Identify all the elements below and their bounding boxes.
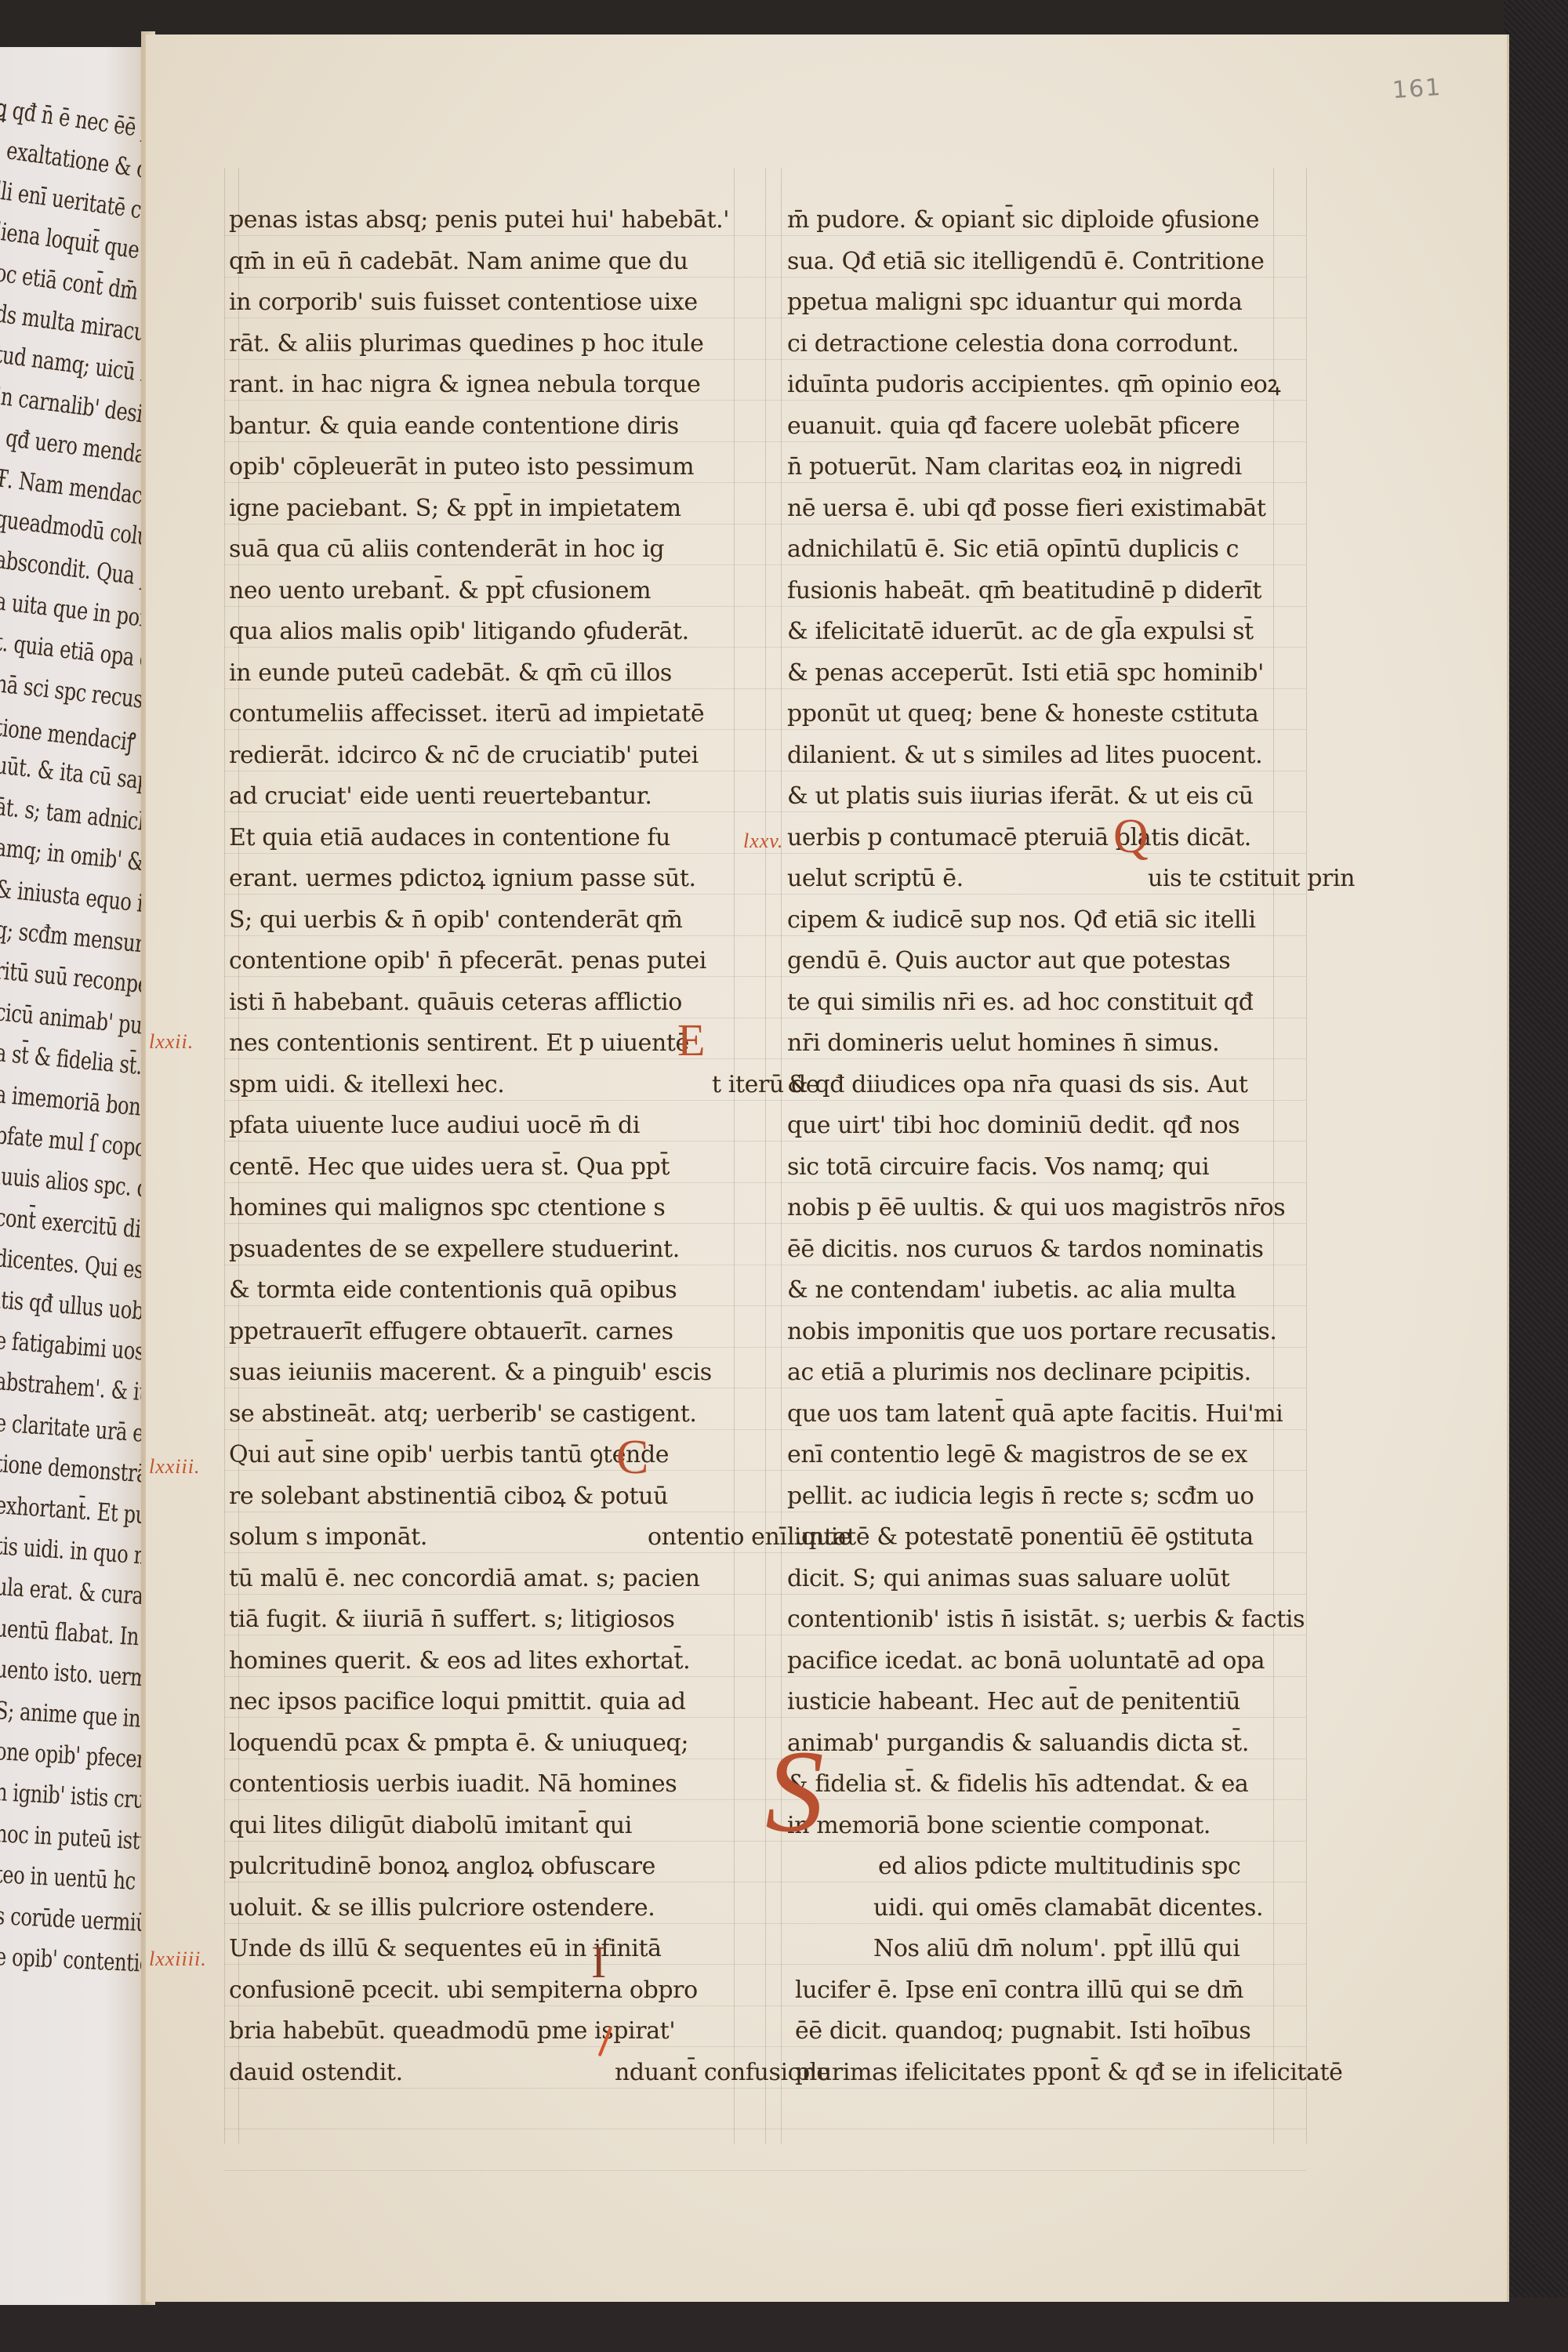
manuscript-line: dauid ostendit.: [229, 2061, 403, 2085]
facing-page-line: exhortant̄. Et pu: [0, 1491, 148, 1530]
manuscript-line: nes contentionis sentirent. Et p uiuentē: [229, 1032, 689, 1055]
manuscript-line: homines querit. & eos ad lites exhortat̄…: [229, 1650, 690, 1673]
ruling-line: [224, 688, 1306, 689]
ruling-line: [224, 2005, 1306, 2006]
manuscript-line: rāt. & aliis plurimas ꝗuedines p hoc itu…: [229, 332, 703, 356]
manuscript-line: que uirt' tibi hoc dominiū dedit. qđ nos: [787, 1114, 1240, 1138]
ruling-line: [224, 1100, 1306, 1101]
manuscript-line: tū malū ē. nec concordiā amat. s; pacien: [229, 1567, 700, 1591]
ruling-line: [224, 976, 1306, 977]
manuscript-line: centē. Hec que uides uera st̄. Qua ppt̄: [229, 1156, 670, 1179]
manuscript-line: & qđ diiudices opa nr̄a quasi ds sis. Au…: [787, 1073, 1248, 1097]
manuscript-line: ēē dicitis. nos curuos & tardos nominati…: [787, 1238, 1263, 1261]
manuscript-line: Nos aliū dm̄ nolum'. ppt̄ illū qui: [873, 1937, 1240, 1961]
manuscript-line: & ifelicitatē iduerūt. ac de gl̄a expuls…: [787, 620, 1254, 644]
manuscript-line: psuadentes de se expellere studuerint.: [229, 1238, 680, 1261]
manuscript-line: enī contentio legē & magistros de se ex: [787, 1443, 1247, 1467]
manuscript-line: te qui similis nr̄i es. ad hoc constitui…: [787, 991, 1254, 1014]
manuscript-line: in eunde puteū cadebāt. & qm̄ cū illos: [229, 662, 672, 685]
ruling-line: [224, 359, 1306, 360]
manuscript-line: sua. Qđ etiā sic itelligendū ē. Contriti…: [787, 250, 1264, 274]
facing-page-line: pfate mul ſ copona: [0, 1121, 151, 1164]
manuscript-line: lucifer ē. Ipse enī contra illū qui se d…: [795, 1979, 1243, 2002]
facing-page-line: e claritate urā erit.: [0, 1409, 151, 1450]
binding-backdrop: [1504, 0, 1568, 2352]
manuscript-line: nē uersa ē. ubi qđ posse fieri existimab…: [787, 497, 1266, 521]
manuscript-line: redierāt. idcirco & nc̄ de cruciatib' pu…: [229, 744, 699, 768]
manuscript-line: opib' cōpleuerāt in puteo isto pessimum: [229, 456, 694, 479]
facing-page-line: cicū animab' purgan: [0, 998, 151, 1044]
manuscript-line: ad cruciat' eide uenti reuertebantur.: [229, 785, 652, 808]
manuscript-line: bantur. & quia eande contentione diris: [229, 415, 679, 438]
table-backdrop: [0, 2297, 1568, 2352]
facing-page-verso: ꝗ qđ n̄ ē nec ēē potestı exaltatione & c…: [0, 47, 151, 2305]
facing-page-line: amq; in omib' & sup om: [0, 833, 151, 884]
ruling-line: [224, 482, 1306, 483]
manuscript-line: pponūt ut queq; bene & honeste cstituta: [787, 702, 1258, 726]
manuscript-line: nr̄i domineris uelut homines n̄ simus.: [787, 1032, 1219, 1055]
manuscript-line: m̄ pudore. & opiant̄ sic diploide ꝯfusio…: [787, 209, 1259, 232]
facing-page-line: ritū suū reconpensa: [0, 956, 151, 1003]
facing-page-line: & iniusta equo iudicio: [0, 875, 151, 924]
manuscript-line: pfata uiuente luce audiui uocē m̄ di: [229, 1114, 640, 1138]
manuscript-line: sic totā circuire facis. Vos namq; qui: [787, 1156, 1209, 1179]
manuscript-line: isti n̄ habebant. quāuis ceteras afflict…: [229, 991, 682, 1014]
ruling-line: [224, 1470, 1306, 1471]
facing-page-line: uūt. & ita cū sapientib: [0, 751, 151, 801]
facing-page-line: abstrahem'. & ita cla: [0, 1367, 151, 1410]
ruling-line: [224, 1512, 1306, 1512]
ruling-line: [224, 1964, 1306, 1965]
chapter-number-lxxv: lxxv.: [743, 829, 783, 853]
manuscript-line: homines qui malignos spc ctentione s: [229, 1196, 665, 1220]
rubricated-initial-i: I: [591, 1940, 606, 1985]
rubricated-initial-c: C: [616, 1433, 648, 1482]
rubricated-initial-q: Q: [1113, 812, 1149, 861]
ruling-line: [224, 1594, 1306, 1595]
ruling-line: [224, 1388, 1306, 1388]
facing-page-line: s corūde uermiū fuit: [0, 1902, 151, 1939]
manuscript-line: nobis imponitis que uos portare recusati…: [787, 1320, 1277, 1344]
facing-page-line: e opib' contentioni illo: [0, 1943, 151, 1980]
manuscript-line: plurimas ifelicitates ppont̄ & qđ se in …: [795, 2061, 1343, 2085]
ruling-line: [734, 168, 735, 2143]
facing-page-line: one opib' pfecerāt: [0, 1737, 151, 1775]
folio-number: 161: [1392, 74, 1443, 104]
facing-page-line: uentū flabat. In n: [0, 1614, 151, 1653]
ruling-line: [224, 1923, 1306, 1924]
manuscript-line: qm̄ in eū n̄ cadebāt. Nam anime que du: [229, 250, 688, 274]
ruling-line: [1306, 168, 1307, 2143]
manuscript-line: euanuit. quia qđ facere uolebāt pficere: [787, 415, 1240, 438]
ruling-line: [224, 524, 1306, 524]
manuscript-line: re solebant abstinentiā ciboꝝ & potuū: [229, 1485, 668, 1508]
manuscript-line: dilanient. & ut s similes ad lites puoce…: [787, 744, 1262, 768]
manuscript-line: nobis p ēē uultis. & qui uos magistrōs n…: [787, 1196, 1285, 1220]
ruling-line: [224, 1018, 1306, 1018]
ruling-line: [224, 168, 225, 2143]
manuscript-line: se abstineāt. atq; uerberib' se castigen…: [229, 1403, 697, 1426]
manuscript-line: spm uidi. & itellexi hec.: [229, 1073, 504, 1097]
manuscript-line: & ut platis suis iiurias iferāt. & ut ei…: [787, 785, 1254, 808]
ruling-line: [224, 647, 1306, 648]
manuscript-line: que uos tam latent̄ quā apte facitis. Hu…: [787, 1403, 1283, 1426]
manuscript-line: gendū ē. Quis auctor aut que potestas: [787, 949, 1230, 973]
manuscript-line: solum s imponāt.: [229, 1526, 427, 1549]
ruling-line: [224, 1882, 1306, 1882]
ruling-line: [224, 729, 1306, 730]
facing-page-line: tione demonstrāt.: [0, 1450, 151, 1490]
manuscript-line: uoluit. & se illis pulcriore ostendere.: [229, 1896, 655, 1920]
ruling-line: [224, 894, 1306, 895]
manuscript-line: penas istas absq; penis putei hui' habeb…: [229, 209, 729, 232]
ruling-line: [224, 1552, 1306, 1553]
manuscript-line: contumeliis affecisset. iterū ad impieta…: [229, 702, 704, 726]
chapter-number-lxxiii: lxxiii.: [149, 1455, 200, 1479]
ruling-line: [224, 277, 1306, 278]
manuscript-line: pacifice icedat. ac bonā uoluntatē ad op…: [787, 1650, 1265, 1673]
manuscript-line: ppetua maligni spc iduantur qui morda: [787, 291, 1242, 314]
ruling-line: [224, 935, 1306, 936]
manuscript-line: ci detractione celestia dona corrodunt.: [787, 332, 1239, 356]
manuscript-line: uerbis p contumacē pteruiā platis dicāt.: [787, 826, 1251, 850]
facing-page-line: a imemoriā bone scie: [0, 1080, 151, 1127]
facing-page-line: luuis alios spc. qui ma: [0, 1162, 151, 1207]
facing-page-line: q; scđm mensurā & qua: [0, 916, 151, 966]
facing-page-line: uento isto. uermes h: [0, 1655, 151, 1695]
manuscript-line: iusticie habeant. Hec aut̄ de penitentiū: [787, 1690, 1240, 1714]
manuscript-line: & tormta eide contentionis quā opibus: [229, 1279, 677, 1302]
manuscript-line: loquendū pcax & pmpta ē. & uniuqueq;: [229, 1732, 688, 1755]
manuscript-line: luntatē & potestatē ponentiū ēē ꝯstituta: [787, 1526, 1254, 1549]
ruling-line: [224, 1717, 1306, 1718]
ruling-line: [224, 564, 1306, 565]
ruling-line: [224, 2170, 1306, 2171]
facing-page-line: dicentes. Qui estis: [0, 1244, 151, 1287]
facing-page-line: t. quia etiā opa diabo: [0, 628, 151, 678]
facing-page-line: āt. s; tam adnichilu: [0, 793, 151, 839]
manuscript-line: contentionib' istis n̄ isistāt. s; uerbi…: [787, 1608, 1305, 1632]
facing-page-line: tis uidi. in quo ng: [0, 1532, 151, 1571]
facing-page-line: e fatigabimi uos. &: [0, 1327, 151, 1368]
manuscript-line: rant. in hac nigra & ignea nebula torque: [229, 373, 700, 397]
facing-page-line: S; anime que in co: [0, 1697, 151, 1735]
ruling-line: [224, 318, 1306, 318]
manuscript-line: confusionē pcecit. ubi sempiterna obpro: [229, 1979, 698, 2002]
facing-page-line: queadmodū coluber: [0, 505, 151, 555]
manuscript-line: in corporib' suis fuisset contentiose ui…: [229, 291, 698, 314]
facing-page-line: cont̄ exercitū di uo: [0, 1203, 151, 1246]
manuscript-line: & penas acceperūt. Isti etiā spc hominib…: [787, 662, 1264, 685]
manuscript-line: ed alios pdicte multitudinis spc: [878, 1855, 1240, 1878]
ruling-line: [1273, 168, 1274, 2143]
chapter-number-lxxiiii: lxxiiii.: [149, 1947, 207, 1971]
ruling-line: [224, 771, 1306, 771]
facing-page-line: teo in uentū hc ascend: [0, 1860, 151, 1899]
ruling-line: [224, 2129, 1306, 2129]
ruling-line: [224, 235, 1306, 236]
ruling-line: [224, 1265, 1306, 1265]
manuscript-line: uelut scriptū ē.: [787, 867, 964, 891]
manuscript-line: erant. uermes pdictoꝝ ignium passe sūt.: [229, 867, 696, 891]
manuscript-line: qua alios malis opib' litigando ꝯfuderāt…: [229, 620, 689, 644]
ruling-line: [224, 1347, 1306, 1348]
manuscript-line: Et quia etiā audaces in contentione fu: [229, 826, 670, 850]
ruling-line: [224, 1058, 1306, 1059]
line-after-initial: uis te cstituit prin: [1148, 867, 1355, 891]
manuscript-line: iduīnta pudoris accipientes. qm̄ opinio …: [787, 373, 1280, 397]
manuscript-line: S; qui uerbis & n̄ opib' contenderāt qm̄: [229, 909, 683, 932]
manuscript-line: suā qua cū aliis contenderāt in hoc ig: [229, 538, 664, 561]
ruling-line: [224, 2088, 1306, 2089]
manuscript-line: ppetrauerīt effugere obtauerīt. carnes: [229, 1320, 673, 1344]
manuscript-line: n̄ potuerūt. Nam claritas eoꝝ in nigredi: [787, 456, 1242, 479]
manuscript-line: adnichilatū ē. Sic etiā opīntū duplicis …: [787, 538, 1239, 561]
manuscript-line: pellit. ac iudicia legis n̄ recte s; scđ…: [787, 1485, 1254, 1508]
manuscript-line: neo uento urebant̄. & ppt̄ cfusionem: [229, 579, 651, 603]
manuscript-line: qui lites diligūt diabolū imitant̄ qui: [229, 1814, 632, 1838]
ruling-line: [224, 1182, 1306, 1183]
facing-page-line: ula erat. & cura q: [0, 1573, 151, 1611]
manuscript-line: uidi. qui omēs clamabāt dicentes.: [873, 1896, 1263, 1920]
chapter-number-lxxii: lxxii.: [149, 1030, 194, 1054]
manuscript-line: animab' purgandis & saluandis dicta st̄.: [787, 1732, 1249, 1755]
ruling-line: [224, 1305, 1306, 1306]
manuscript-line: in memoriā bone scientie componat.: [787, 1814, 1210, 1838]
ruling-line: [224, 1635, 1306, 1635]
facing-page-line: a st̄ & fidelia st̄. & fidi: [0, 1039, 151, 1086]
manuscript-line: tiā fugit. & iiuriā n̄ suffert. s; litig…: [229, 1608, 675, 1632]
manuscript-line: & ne contendam' iubetis. ac alia multa: [787, 1279, 1236, 1302]
manuscript-line: ac etiā a plurimis nos declinare pcipiti…: [787, 1361, 1251, 1385]
manuscript-folio-recto: 161 penas istas absq; penis putei hui' h…: [146, 34, 1509, 2302]
manuscript-line: cipem & iudicē sup nos. Qđ etiā sic itel…: [787, 909, 1256, 932]
ruling-line: [224, 441, 1306, 442]
manuscript-line: dicit. S; qui animas suas saluare uolūt: [787, 1567, 1229, 1591]
manuscript-line: nec ipsos pacifice loqui pmittit. quia a…: [229, 1690, 686, 1714]
ruling-line: [224, 1141, 1306, 1142]
facing-page-line: ltis qđ ullus uobis: [0, 1286, 151, 1327]
rubricated-initial-e: E: [677, 1018, 705, 1063]
manuscript-line: Qui aut̄ sine opib' uerbis tantū ꝯtende: [229, 1443, 669, 1467]
ruling-line: [224, 400, 1306, 401]
manuscript-line: suas ieiuniis macerent. & a pinguib' esc…: [229, 1361, 712, 1385]
manuscript-line: igne paciebant. S; & ppt̄ in impietatem: [229, 497, 681, 521]
manuscript-line: fusionis habeāt. qm̄ beatitudinē p dider…: [787, 579, 1261, 603]
rubricated-initial-s: S: [765, 1733, 824, 1850]
manuscript-line: & fidelia st̄. & fidelis hīs adtendat. &…: [787, 1773, 1248, 1796]
facing-page-line: n ignib' istis cruciaba: [0, 1778, 151, 1817]
manuscript-line: pulcritudinē bonoꝝ angloꝝ obfuscare: [229, 1855, 655, 1878]
facing-page-line: hoc in puteū istū cad: [0, 1820, 151, 1858]
ruling-line: [224, 1223, 1306, 1224]
ruling-line: [224, 2046, 1306, 2047]
ruling-line: [224, 1676, 1306, 1677]
manuscript-line: contentiosis uerbis iuadit. Nā homines: [229, 1773, 677, 1796]
manuscript-line: ēē dicit. quandoq; pugnabit. Isti hoībus: [795, 2020, 1250, 2043]
manuscript-line: contentione opib' n̄ pfecerāt. penas put…: [229, 949, 706, 973]
ruling-line: [224, 606, 1306, 607]
ruling-line: [224, 1429, 1306, 1430]
